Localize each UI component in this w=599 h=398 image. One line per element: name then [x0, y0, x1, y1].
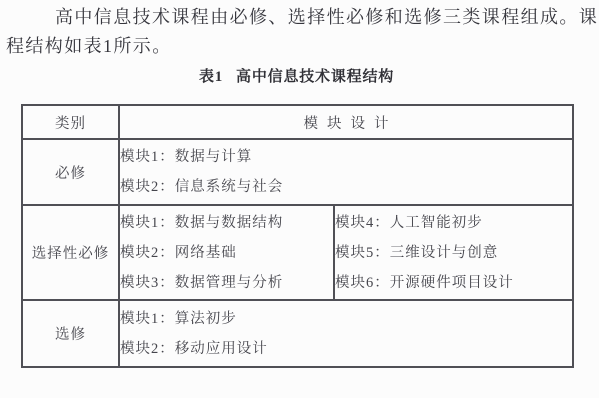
module-item: 模块2：信息系统与社会 [120, 172, 572, 202]
table-header-row: 类别 模块设计 [22, 105, 573, 139]
table-row-elective: 选修 模块1：算法初步 模块2：移动应用设计 [22, 300, 573, 367]
modules-cell-required: 模块1：数据与计算 模块2：信息系统与社会 [119, 139, 573, 205]
module-item: 模块2：网络基础 [120, 238, 333, 268]
table-title: 高中信息技术课程结构 [236, 69, 394, 85]
module-item: 模块5：三维设计与创意 [335, 238, 572, 268]
header-module-design-cell: 模块设计 [119, 105, 573, 139]
category-cell-elective: 选修 [22, 300, 119, 367]
module-item: 模块6：开源硬件项目设计 [335, 268, 572, 298]
category-cell-selective-required: 选择性必修 [22, 205, 119, 300]
header-category-cell: 类别 [22, 105, 119, 139]
module-item: 模块1：数据与数据结构 [120, 208, 333, 238]
module-item: 模块1：数据与计算 [120, 142, 572, 172]
table-number: 表1 [199, 69, 223, 85]
module-item: 模块2：移动应用设计 [120, 334, 572, 364]
table-row-selective-required: 选择性必修 模块1：数据与数据结构 模块2：网络基础 模块3：数据管理与分析 模… [22, 205, 573, 300]
module-item: 模块4：人工智能初步 [335, 208, 572, 238]
intro-line-2: 程结构如表1所示。 [6, 32, 596, 61]
curriculum-table: 类别 模块设计 必修 模块1：数据与计算 模块2：信息系统与社会 选择性必修 模… [21, 104, 574, 368]
module-item: 模块1：算法初步 [120, 304, 572, 334]
intro-line-1: 高中信息技术课程由必修、选择性必修和选修三类课程组成。课 [6, 3, 596, 32]
table-caption: 表1高中信息技术课程结构 [21, 66, 572, 88]
document-page: 高中信息技术课程由必修、选择性必修和选修三类课程组成。课 程结构如表1所示。 表… [0, 0, 599, 398]
modules-cell-selective-right: 模块4：人工智能初步 模块5：三维设计与创意 模块6：开源硬件项目设计 [334, 205, 573, 300]
modules-cell-selective-left: 模块1：数据与数据结构 模块2：网络基础 模块3：数据管理与分析 [119, 205, 334, 300]
category-cell-required: 必修 [22, 139, 119, 205]
module-item: 模块3：数据管理与分析 [120, 268, 333, 298]
table-row-required: 必修 模块1：数据与计算 模块2：信息系统与社会 [22, 139, 573, 205]
modules-cell-elective: 模块1：算法初步 模块2：移动应用设计 [119, 300, 573, 367]
intro-paragraph: 高中信息技术课程由必修、选择性必修和选修三类课程组成。课 程结构如表1所示。 [6, 3, 596, 61]
